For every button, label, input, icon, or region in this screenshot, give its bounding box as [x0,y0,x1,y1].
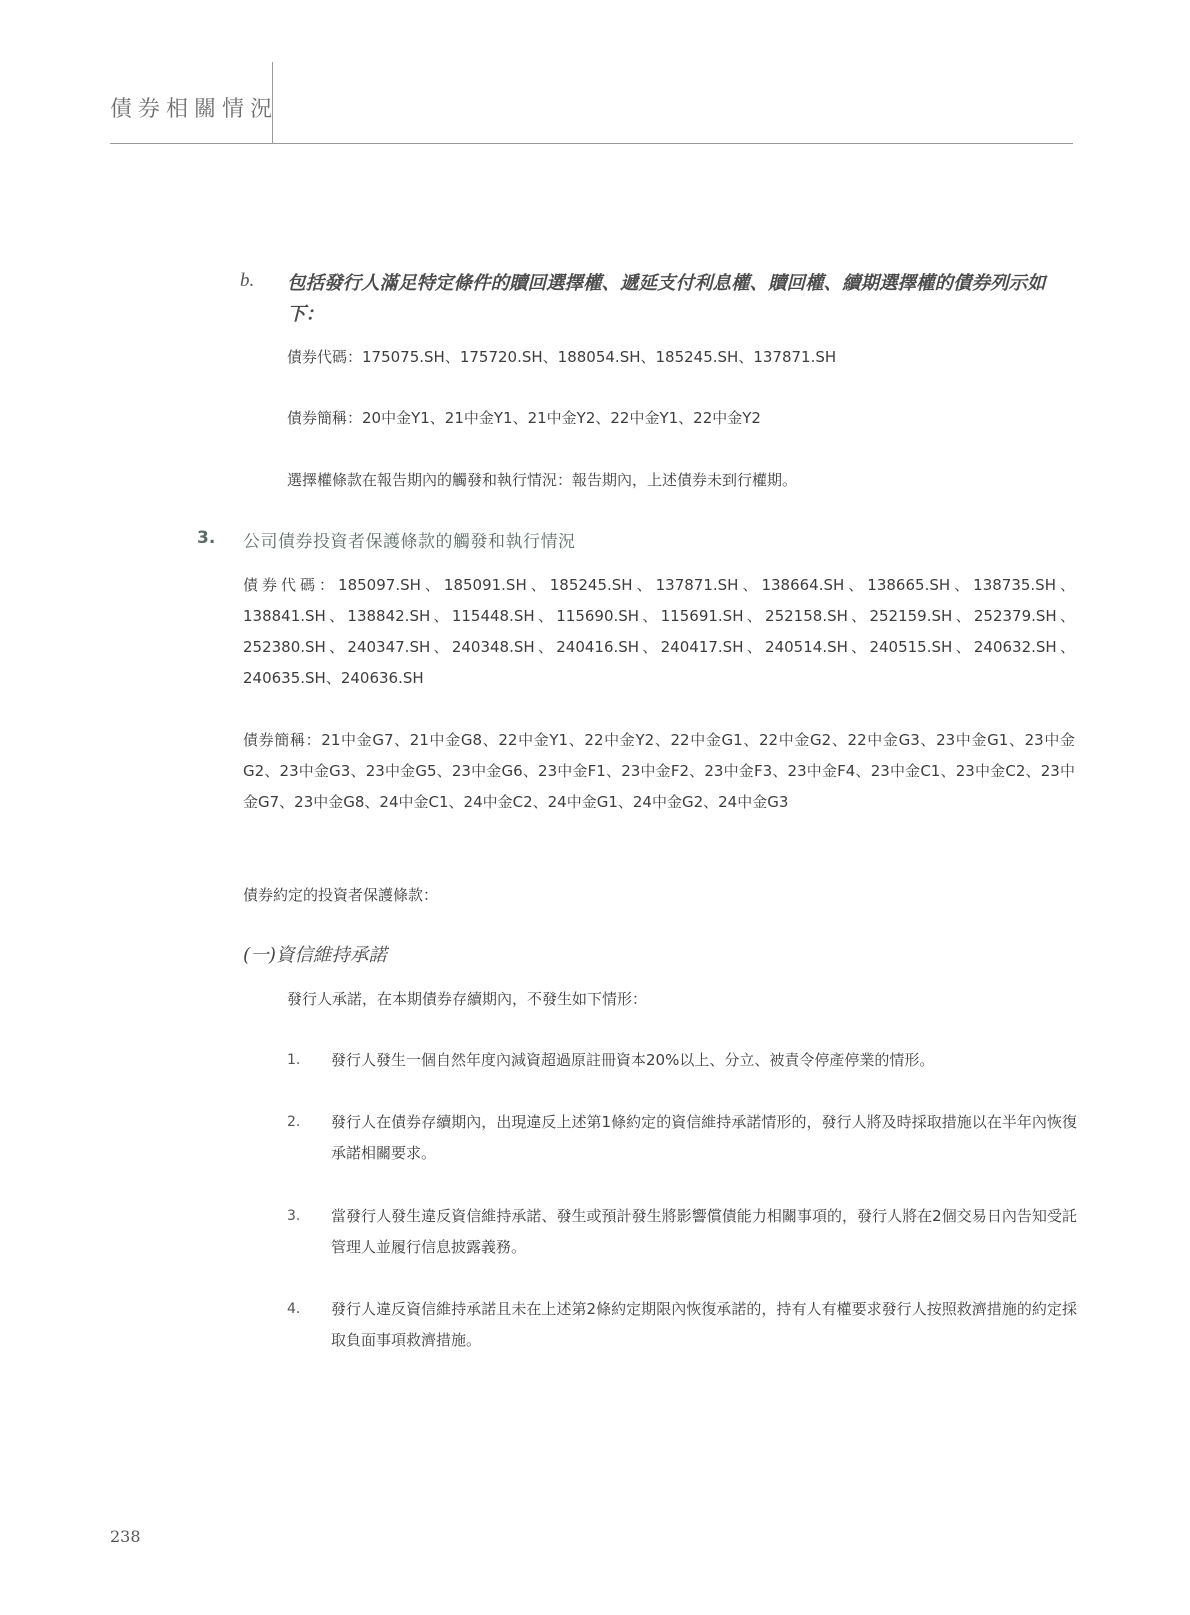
option-status: 選擇權條款在報告期內的觸發和執行情況：報告期內，上述債券未到行權期。 [287,465,1077,496]
bond-codes-b: 債券代碼：175075.SH、175720.SH、188054.SH、18524… [287,342,1077,373]
section-title: 債券相關情況 [110,92,278,123]
protection-terms-label: 債券約定的投資者保護條款： [243,880,1075,911]
subsection-title: 包括發行人滿足特定條件的贖回選擇權、遞延支付利息權、贖回權、續期選擇權的債券列示… [287,268,1075,330]
header-divider-horizontal [110,143,1073,144]
list-item: 2. 發行人在債券存續期內，出現違反上述第1條約定的資信維持承諾情形的，發行人將… [287,1107,1077,1169]
section-heading: 公司債券投資者保護條款的觸發和執行情況 [243,528,1077,556]
bond-codes-3: 債券代碼：185097.SH、185091.SH、185245.SH、13787… [243,570,1075,694]
list-item-text: 當發行人發生違反資信維持承諾、發生或預計發生將影響償債能力相關事項的，發行人將在… [331,1201,1077,1263]
bond-abbreviations-3: 債券簡稱：21中金G7、21中金G8、22中金Y1、22中金Y2、22中金G1、… [243,725,1075,818]
header-divider-vertical [272,62,273,144]
list-item-text: 發行人發生一個自然年度內減資超過原註冊資本20%以上、分立、被責令停產停業的情形… [331,1045,1077,1076]
list-item-text: 發行人在債券存續期內，出現違反上述第1條約定的資信維持承諾情形的，發行人將及時採… [331,1107,1077,1169]
list-item-number: 3. [287,1201,300,1232]
subsection-marker: b. [240,270,254,292]
page-number: 238 [110,1527,141,1546]
commitment-intro: 發行人承諾，在本期債券存續期內，不發生如下情形： [287,984,1077,1015]
section-number: 3. [197,528,215,548]
subsection-b: b. 包括發行人滿足特定條件的贖回選擇權、遞延支付利息權、贖回權、續期選擇權的債… [240,268,1075,330]
subsection-credit-commitment-title: (一)資信維持承諾 [243,940,387,971]
list-item-number: 1. [287,1045,300,1076]
list-item: 3. 當發行人發生違反資信維持承諾、發生或預計發生將影響償債能力相關事項的，發行… [287,1201,1077,1263]
list-item-text: 發行人違反資信維持承諾且未在上述第2條約定期限內恢復承諾的，持有人有權要求發行人… [331,1294,1077,1356]
section-3-header: 3. 公司債券投資者保護條款的觸發和執行情況 [197,528,1077,556]
bond-abbreviations-b: 債券簡稱：20中金Y1、21中金Y1、21中金Y2、22中金Y1、22中金Y2 [287,403,1077,434]
list-item-number: 2. [287,1107,300,1138]
list-item-number: 4. [287,1294,300,1325]
list-item: 1. 發行人發生一個自然年度內減資超過原註冊資本20%以上、分立、被責令停產停業… [287,1045,1077,1076]
list-item: 4. 發行人違反資信維持承諾且未在上述第2條約定期限內恢復承諾的，持有人有權要求… [287,1294,1077,1356]
